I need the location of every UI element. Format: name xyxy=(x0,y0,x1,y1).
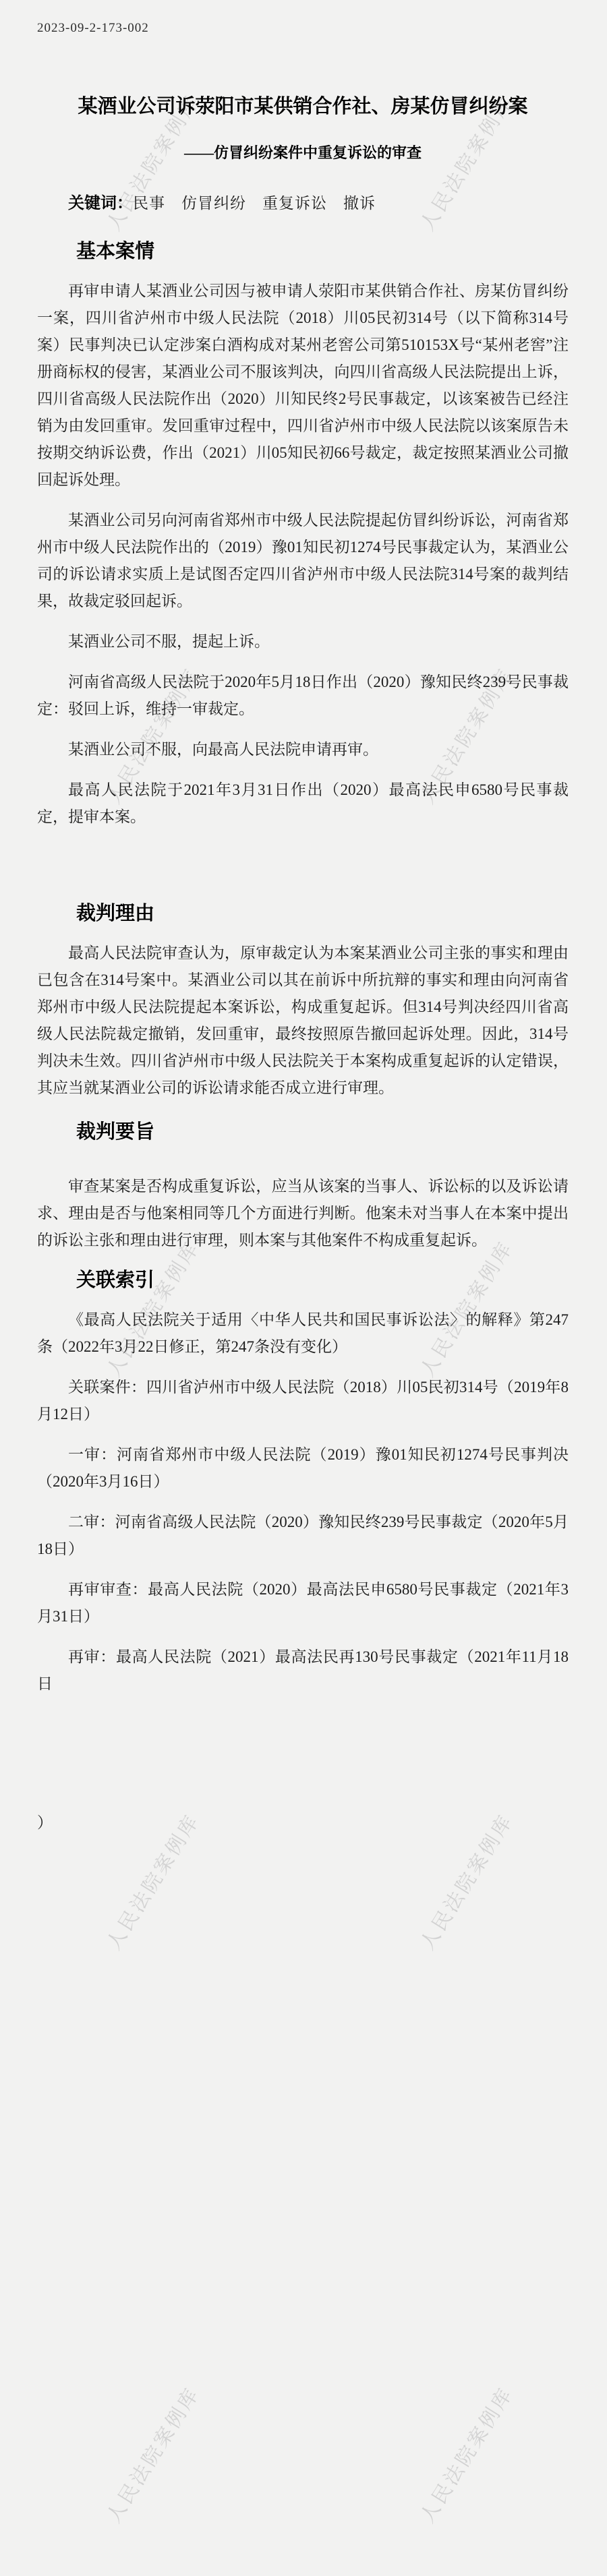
section-heading-basic-facts: 基本案情 xyxy=(37,240,569,263)
related-index-paragraph: 一审：河南省郑州市中级人民法院（2019）豫01知民初1274号民事判决（202… xyxy=(37,1441,569,1495)
keywords-list: 民事 仿冒纠纷 重复诉讼 撤诉 xyxy=(133,195,376,212)
section-heading-gist: 裁判要旨 xyxy=(37,1120,569,1143)
related-index-paragraph: 再审：最高人民法院（2021）最高法民再130号民事裁定（2021年11月18日 xyxy=(37,1644,569,1698)
section-heading-reasoning: 裁判理由 xyxy=(37,902,569,925)
related-index-paragraph: 《最高人民法院关于适用〈中华人民共和国民事诉讼法〉的解释》第247条（2022年… xyxy=(37,1307,569,1360)
case-title: 某酒业公司诉荥阳市某供销合作社、房某仿冒纠纷案 xyxy=(37,93,569,120)
basic-facts-paragraph: 某酒业公司不服，提起上诉。 xyxy=(37,628,569,655)
basic-facts-paragraph: 再审申请人某酒业公司因与被申请人荥阳市某供销合作社、房某仿冒纠纷一案，四川省泸州… xyxy=(37,278,569,493)
watermark: 人民法院案例库 xyxy=(407,2372,523,2536)
basic-facts-paragraph: 某酒业公司不服，向最高人民法院申请再审。 xyxy=(37,736,569,763)
case-subtitle: ——仿冒纠纷案件中重复诉讼的审查 xyxy=(37,143,569,163)
basic-facts-paragraph: 最高人民法院于2021年3月31日作出（2020）最高法民申6580号民事裁定，… xyxy=(37,777,569,831)
basic-facts-paragraph: 河南省高级人民法院于2020年5月18日作出（2020）豫知民终239号民事裁定… xyxy=(37,669,569,723)
keywords-label: 关键词： xyxy=(68,195,133,212)
related-index-paragraph: 再审审查：最高人民法院（2020）最高法民申6580号民事裁定（2021年3月3… xyxy=(37,1576,569,1630)
case-document-page: 人民法院案例库 人民法院案例库 人民法院案例库 人民法院案例库 人民法院案例库 … xyxy=(0,0,607,2576)
reasoning-paragraph: 最高人民法院审查认为，原审裁定认为本案某酒业公司主张的事实和理由已包含在314号… xyxy=(37,940,569,1102)
basic-facts-paragraph: 某酒业公司另向河南省郑州市中级人民法院提起仿冒纠纷诉讼，河南省郑州市中级人民法院… xyxy=(37,507,569,615)
document-content: 2023-09-2-173-002 某酒业公司诉荥阳市某供销合作社、房某仿冒纠纷… xyxy=(0,0,607,1836)
doc-code: 2023-09-2-173-002 xyxy=(37,20,569,36)
section-heading-related-index: 关联索引 xyxy=(37,1269,569,1292)
related-index-paragraph: 关联案件：四川省泸州市中级人民法院（2018）川05民初314号（2019年8月… xyxy=(37,1374,569,1428)
keywords-line: 关键词：民事 仿冒纠纷 重复诉讼 撤诉 xyxy=(37,193,569,214)
related-index-paragraph: 二审：河南省高级人民法院（2020）豫知民终239号民事裁定（2020年5月18… xyxy=(37,1509,569,1563)
related-index-closing-paren: ） xyxy=(37,1809,569,1836)
watermark: 人民法院案例库 xyxy=(94,2372,210,2536)
gist-paragraph: 审查某案是否构成重复诉讼，应当从该案的当事人、诉讼标的以及诉讼请求、理由是否与他… xyxy=(37,1173,569,1254)
